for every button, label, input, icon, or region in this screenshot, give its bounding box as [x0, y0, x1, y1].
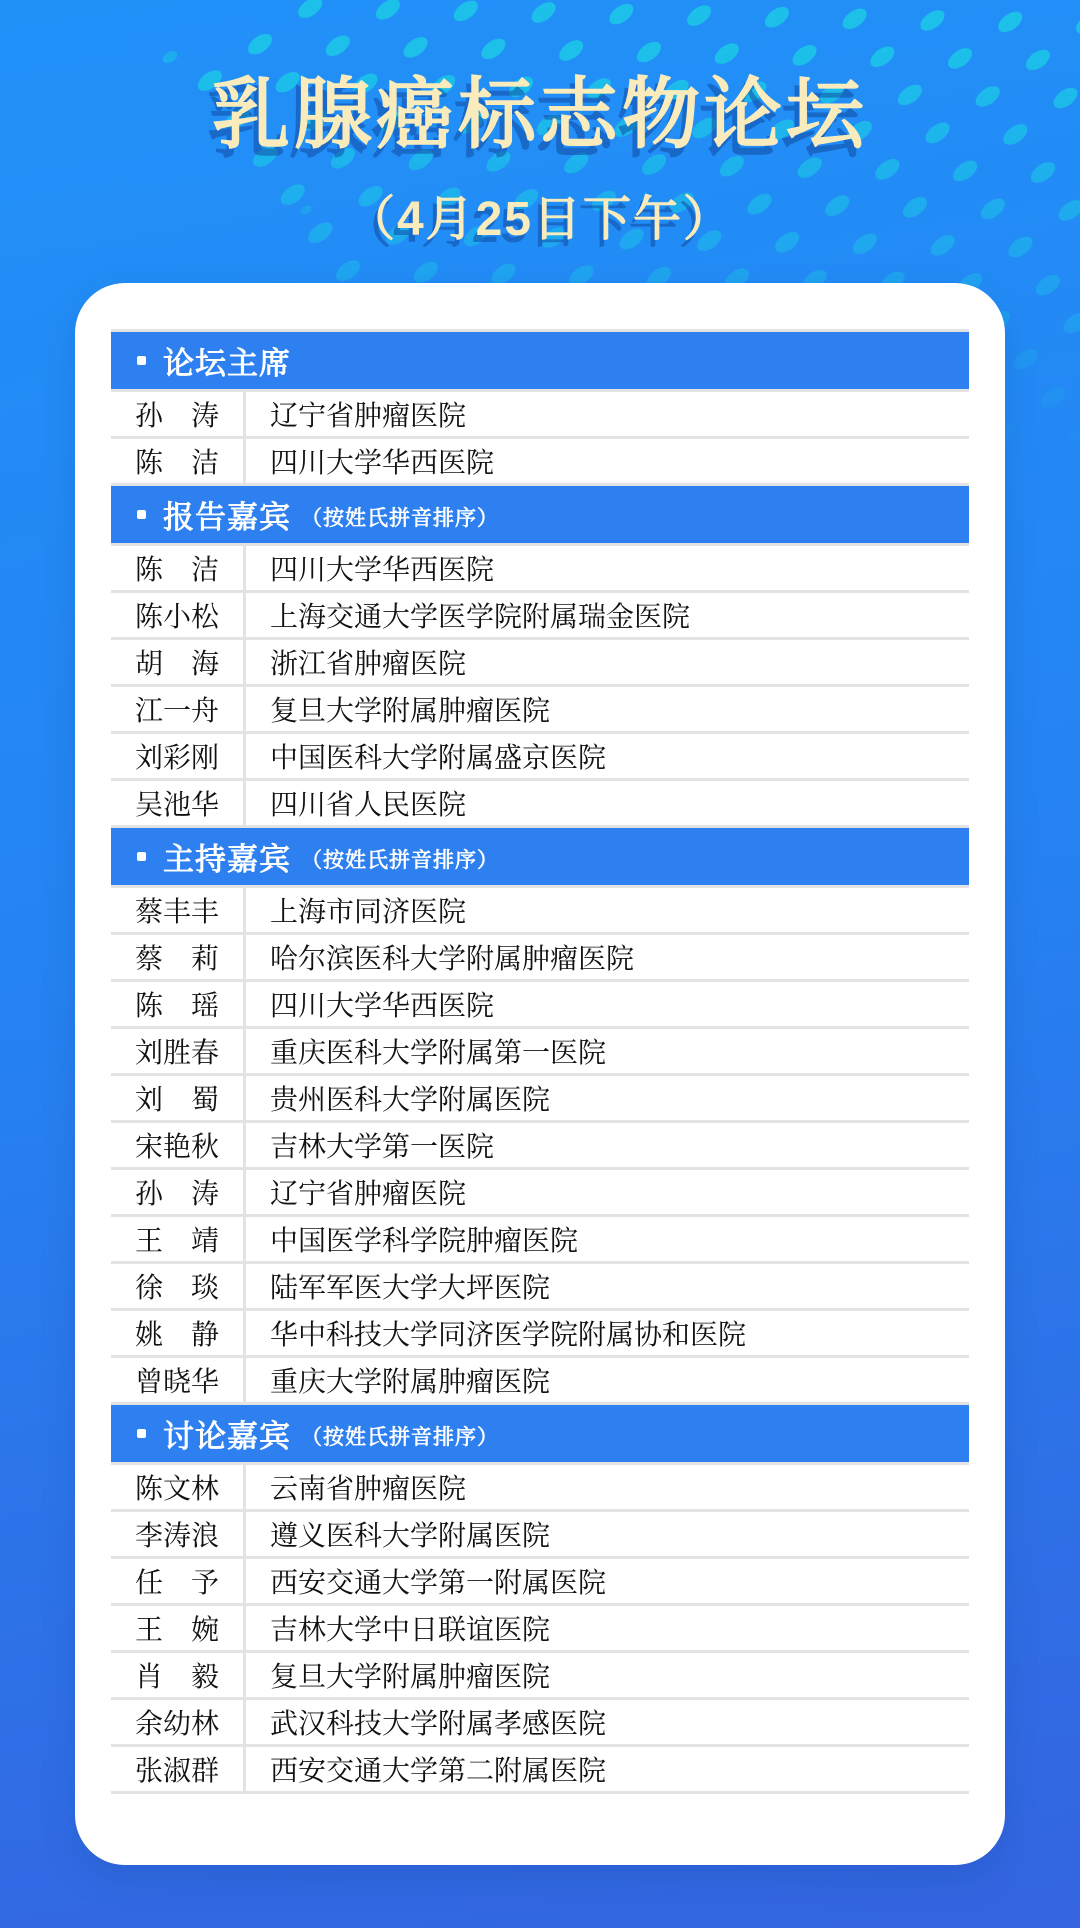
guest-row: 曾晓华重庆大学附属肿瘤医院	[111, 1358, 969, 1405]
guest-row: 蔡丰丰上海市同济医院	[111, 888, 969, 935]
guest-organization: 陆军军医大学大坪医院	[246, 1264, 969, 1308]
poster-header: 乳腺癌标志物论坛 （4月25日下午）	[0, 52, 1080, 249]
guest-organization: 云南省肿瘤医院	[246, 1465, 969, 1509]
guest-name: 蔡丰丰	[111, 888, 246, 932]
section-sort-note: （按姓氏拼音排序）	[301, 1416, 499, 1451]
guest-organization: 四川大学华西医院	[246, 546, 969, 590]
forum-title: 乳腺癌标志物论坛	[0, 52, 1080, 164]
guest-name: 陈文林	[111, 1465, 246, 1509]
section-title: 主持嘉宾	[163, 834, 291, 879]
section-sort-note: （按姓氏拼音排序）	[301, 497, 499, 532]
guest-row: 李涛浪遵义医科大学附属医院	[111, 1512, 969, 1559]
guest-row: 孙 涛辽宁省肿瘤医院	[111, 392, 969, 439]
guest-organization: 武汉科技大学附属孝感医院	[246, 1700, 969, 1744]
guest-name: 曾晓华	[111, 1358, 246, 1402]
guest-name: 余幼林	[111, 1700, 246, 1744]
guest-name: 吴池华	[111, 781, 246, 825]
bullet-icon	[137, 510, 146, 519]
guest-name: 肖 毅	[111, 1653, 246, 1697]
guest-row: 孙 涛辽宁省肿瘤医院	[111, 1170, 969, 1217]
guest-row: 王 婉吉林大学中日联谊医院	[111, 1606, 969, 1653]
guest-name: 张淑群	[111, 1747, 246, 1791]
guest-organization: 浙江省肿瘤医院	[246, 640, 969, 684]
guest-organization: 遵义医科大学附属医院	[246, 1512, 969, 1556]
guest-organization: 四川大学华西医院	[246, 439, 969, 483]
guest-name: 江一舟	[111, 687, 246, 731]
guest-row: 任 予西安交通大学第一附属医院	[111, 1559, 969, 1606]
guest-row: 姚 静华中科技大学同济医学院附属协和医院	[111, 1311, 969, 1358]
guest-name: 陈 瑶	[111, 982, 246, 1026]
guest-organization: 复旦大学附属肿瘤医院	[246, 1653, 969, 1697]
guest-row: 陈 洁四川大学华西医院	[111, 546, 969, 593]
guest-row: 吴池华四川省人民医院	[111, 781, 969, 828]
section-title: 报告嘉宾	[163, 492, 291, 537]
section-title: 论坛主席	[163, 338, 291, 383]
bullet-icon	[137, 852, 146, 861]
guest-row: 陈 瑶四川大学华西医院	[111, 982, 969, 1029]
guest-organization: 西安交通大学第一附属医院	[246, 1559, 969, 1603]
guest-organization: 华中科技大学同济医学院附属协和医院	[246, 1311, 969, 1355]
guest-row: 徐 琰陆军军医大学大坪医院	[111, 1264, 969, 1311]
guest-row: 张淑群西安交通大学第二附属医院	[111, 1747, 969, 1794]
section-sort-note: （按姓氏拼音排序）	[301, 839, 499, 874]
poster-background: { "title": { "main": "乳腺癌标志物论坛", "sub": …	[0, 0, 1080, 1928]
guest-organization: 四川省人民医院	[246, 781, 969, 825]
guest-name: 王 靖	[111, 1217, 246, 1261]
guest-organization: 重庆医科大学附属第一医院	[246, 1029, 969, 1073]
guest-name: 蔡 莉	[111, 935, 246, 979]
guest-name: 陈小松	[111, 593, 246, 637]
guest-name: 孙 涛	[111, 392, 246, 436]
bullet-icon	[137, 1429, 146, 1438]
section-header: 讨论嘉宾（按姓氏拼音排序）	[111, 1405, 969, 1465]
guest-name: 刘彩刚	[111, 734, 246, 778]
guest-name: 姚 静	[111, 1311, 246, 1355]
guest-organization: 四川大学华西医院	[246, 982, 969, 1026]
guest-row: 刘彩刚中国医科大学附属盛京医院	[111, 734, 969, 781]
section-title: 讨论嘉宾	[163, 1411, 291, 1456]
guest-row: 刘胜春重庆医科大学附属第一医院	[111, 1029, 969, 1076]
guest-organization: 重庆大学附属肿瘤医院	[246, 1358, 969, 1402]
guest-organization: 辽宁省肿瘤医院	[246, 1170, 969, 1214]
guest-organization: 贵州医科大学附属医院	[246, 1076, 969, 1120]
guest-name: 陈 洁	[111, 546, 246, 590]
guest-row: 蔡 莉哈尔滨医科大学附属肿瘤医院	[111, 935, 969, 982]
guest-organization: 吉林大学中日联谊医院	[246, 1606, 969, 1650]
guest-row: 江一舟复旦大学附属肿瘤医院	[111, 687, 969, 734]
guest-organization: 复旦大学附属肿瘤医院	[246, 687, 969, 731]
section-header: 主持嘉宾（按姓氏拼音排序）	[111, 828, 969, 888]
guest-name: 王 婉	[111, 1606, 246, 1650]
guest-row: 刘 蜀贵州医科大学附属医院	[111, 1076, 969, 1123]
guest-name: 任 予	[111, 1559, 246, 1603]
section-header: 报告嘉宾（按姓氏拼音排序）	[111, 486, 969, 546]
guest-organization: 吉林大学第一医院	[246, 1123, 969, 1167]
guest-organization: 中国医学科学院肿瘤医院	[246, 1217, 969, 1261]
guest-name: 刘 蜀	[111, 1076, 246, 1120]
guest-row: 宋艳秋吉林大学第一医院	[111, 1123, 969, 1170]
guest-table: 论坛主席孙 涛辽宁省肿瘤医院陈 洁四川大学华西医院报告嘉宾（按姓氏拼音排序）陈 …	[111, 329, 969, 1794]
guest-row: 陈小松上海交通大学医学院附属瑞金医院	[111, 593, 969, 640]
guest-organization: 辽宁省肿瘤医院	[246, 392, 969, 436]
program-card: 论坛主席孙 涛辽宁省肿瘤医院陈 洁四川大学华西医院报告嘉宾（按姓氏拼音排序）陈 …	[75, 283, 1005, 1865]
guest-row: 王 靖中国医学科学院肿瘤医院	[111, 1217, 969, 1264]
guest-name: 胡 海	[111, 640, 246, 684]
guest-row: 肖 毅复旦大学附属肿瘤医院	[111, 1653, 969, 1700]
bullet-icon	[137, 356, 146, 365]
guest-organization: 上海交通大学医学院附属瑞金医院	[246, 593, 969, 637]
guest-name: 李涛浪	[111, 1512, 246, 1556]
guest-organization: 哈尔滨医科大学附属肿瘤医院	[246, 935, 969, 979]
guest-name: 徐 琰	[111, 1264, 246, 1308]
forum-date-subtitle: （4月25日下午）	[0, 180, 1080, 249]
guest-row: 胡 海浙江省肿瘤医院	[111, 640, 969, 687]
guest-name: 陈 洁	[111, 439, 246, 483]
guest-row: 余幼林武汉科技大学附属孝感医院	[111, 1700, 969, 1747]
guest-row: 陈 洁四川大学华西医院	[111, 439, 969, 486]
guest-organization: 西安交通大学第二附属医院	[246, 1747, 969, 1791]
guest-organization: 中国医科大学附属盛京医院	[246, 734, 969, 778]
guest-row: 陈文林云南省肿瘤医院	[111, 1465, 969, 1512]
guest-name: 刘胜春	[111, 1029, 246, 1073]
section-header: 论坛主席	[111, 332, 969, 392]
guest-name: 宋艳秋	[111, 1123, 246, 1167]
guest-organization: 上海市同济医院	[246, 888, 969, 932]
guest-name: 孙 涛	[111, 1170, 246, 1214]
